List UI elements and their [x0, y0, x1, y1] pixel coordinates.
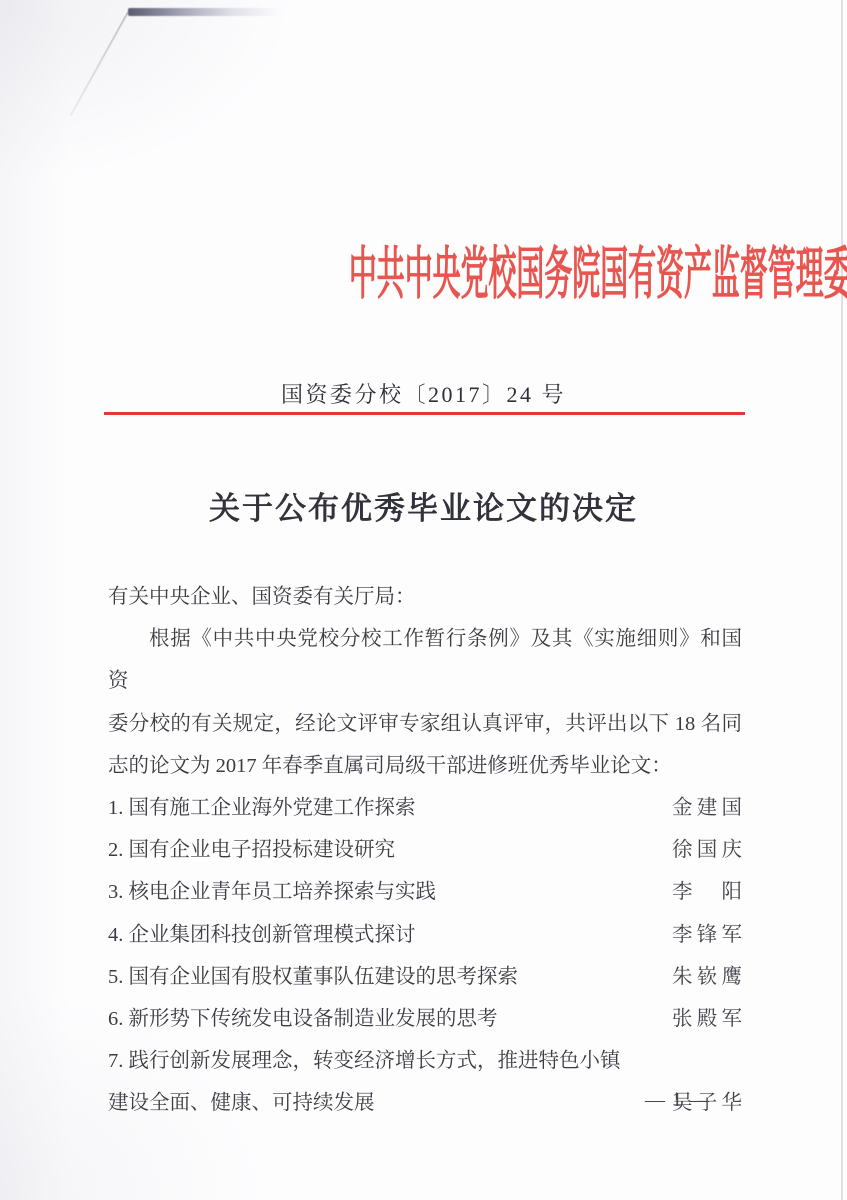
- thesis-row: 5. 国有企业国有股权董事队伍建设的思考探索 朱嵚鹰: [108, 956, 742, 998]
- thesis-author: 朱嵚鹰: [672, 956, 742, 998]
- paragraph-line: 志的论文为 2017 年春季直属司局级干部进修班优秀毕业论文：: [108, 745, 742, 787]
- thesis-author: 李 阳: [672, 871, 742, 913]
- thesis-title: 3. 核电企业青年员工培养探索与实践: [108, 871, 436, 913]
- thesis-author: 李锋军: [672, 914, 742, 956]
- salutation: 有关中央企业、国资委有关厅局：: [108, 576, 742, 618]
- document-title: 关于公布优秀毕业论文的决定: [0, 483, 847, 528]
- thesis-title: 6. 新形势下传统发电设备制造业发展的思考: [108, 998, 498, 1040]
- thesis-row: 1. 国有施工企业海外党建工作探索 金建国: [108, 787, 742, 829]
- thesis-title: 建设全面、健康、可持续发展: [108, 1082, 375, 1124]
- thesis-author: 徐国庆: [672, 829, 742, 871]
- thesis-row: 4. 企业集团科技创新管理模式探讨 李锋军: [108, 914, 742, 956]
- scanned-document-page: 中共中央党校国务院国有资产监督管理委员会分校文件 国资委分校〔2017〕24 号…: [0, 0, 847, 1200]
- page-number: — 1 —: [645, 1089, 710, 1112]
- thesis-author: 张殿军: [672, 998, 742, 1040]
- thesis-title: 2. 国有企业电子招投标建设研究: [108, 829, 395, 871]
- paragraph-line: 委分校的有关规定，经论文评审专家组认真评审，共评出以下 18 名同: [108, 703, 742, 745]
- thesis-title: 7. 践行创新发展理念，转变经济增长方式，推进特色小镇: [108, 1040, 621, 1082]
- page-edge-line: [841, 0, 843, 1200]
- document-number: 国资委分校〔2017〕24 号: [0, 378, 847, 409]
- thesis-title: 5. 国有企业国有股权董事队伍建设的思考探索: [108, 956, 518, 998]
- thesis-row: 7. 践行创新发展理念，转变经济增长方式，推进特色小镇: [108, 1040, 742, 1082]
- thesis-author: 金建国: [672, 787, 742, 829]
- scan-artifact-streak: [128, 8, 280, 16]
- thesis-title: 4. 企业集团科技创新管理模式探讨: [108, 914, 416, 956]
- red-divider-line: [104, 412, 745, 415]
- red-letterhead-title: 中共中央党校国务院国有资产监督管理委员会分校文件: [349, 228, 847, 310]
- red-letterhead: 中共中央党校国务院国有资产监督管理委员会分校文件: [0, 228, 847, 310]
- thesis-row: 2. 国有企业电子招投标建设研究 徐国庆: [108, 829, 742, 871]
- thesis-row: 3. 核电企业青年员工培养探索与实践 李 阳: [108, 871, 742, 913]
- thesis-title: 1. 国有施工企业海外党建工作探索: [108, 787, 416, 829]
- document-body: 有关中央企业、国资委有关厅局： 根据《中共中央党校分校工作暂行条例》及其《实施细…: [108, 576, 742, 1125]
- paragraph-line: 根据《中共中央党校分校工作暂行条例》及其《实施细则》和国资: [108, 618, 742, 702]
- thesis-row: 6. 新形势下传统发电设备制造业发展的思考 张殿军: [108, 998, 742, 1040]
- scan-artifact-crease: [70, 12, 129, 116]
